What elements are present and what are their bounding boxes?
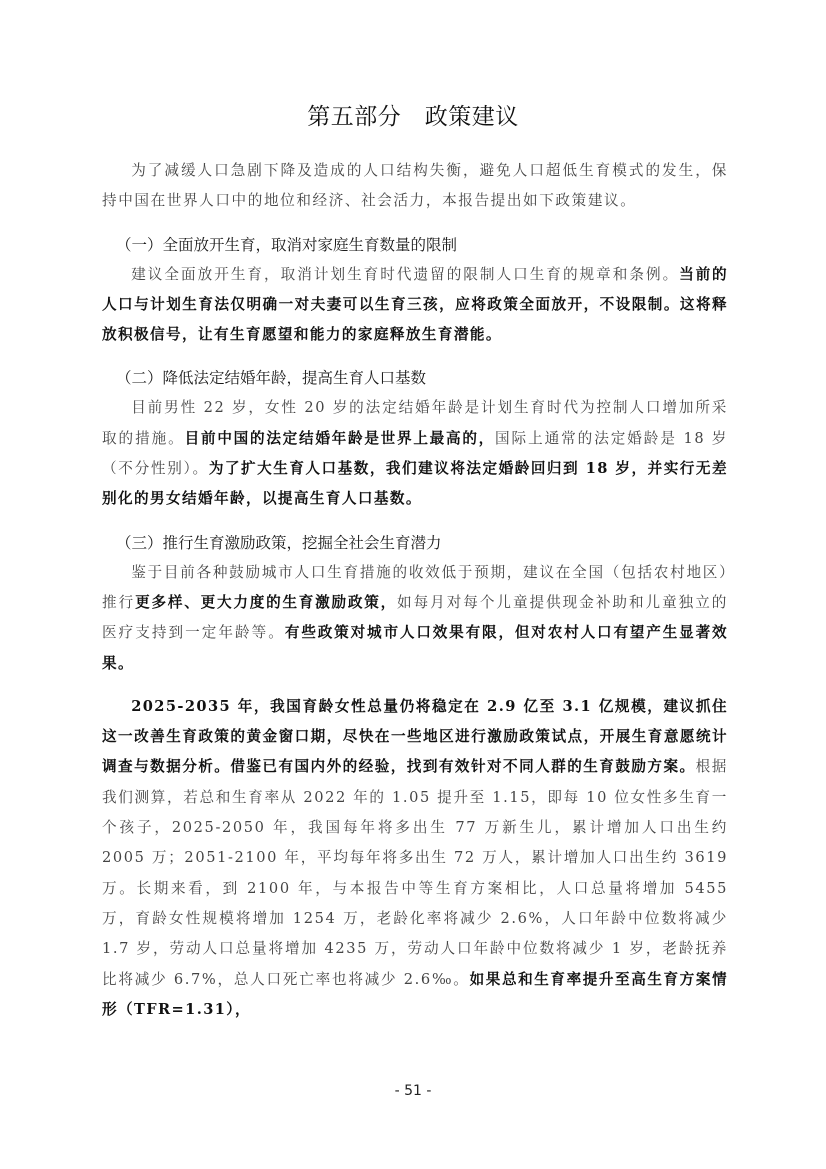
- emphasis-text: 更多样、更大力度的生育激励政策，: [135, 594, 397, 611]
- section-heading: （三）推行生育激励政策，挖掘全社会生育潜力: [102, 528, 728, 558]
- closing-paragraph: 2025-2035 年，我国育龄女性总量仍将稳定在 2.9 亿至 3.1 亿规模…: [102, 692, 728, 1025]
- section-2: （二）降低法定结婚年龄，提高生育人口基数 目前男性 22 岁，女性 20 岁的法…: [102, 363, 728, 514]
- document-body: 为了减缓人口急剧下降及造成的人口结构失衡，避免人口超低生育模式的发生，保持中国在…: [102, 156, 728, 1025]
- spacer: [102, 679, 728, 692]
- spacer: [102, 515, 728, 528]
- section-3: （三）推行生育激励政策，挖掘全社会生育潜力 鉴于目前各种鼓励城市人口生育措施的收…: [102, 528, 728, 679]
- body-text: 建议全面放开生育，取消计划生育时代遗留的限制人口生育的规章和条例。: [131, 266, 679, 283]
- section-heading: （二）降低法定结婚年龄，提高生育人口基数: [102, 363, 728, 393]
- document-page: 第五部分 政策建议 为了减缓人口急剧下降及造成的人口结构失衡，避免人口超低生育模…: [0, 0, 826, 1169]
- spacer: [102, 350, 728, 363]
- page-title: 第五部分 政策建议: [0, 98, 826, 131]
- emphasis-text: 目前中国的法定结婚年龄是世界上最高的，: [185, 430, 495, 447]
- page-number: - 51 -: [0, 1083, 826, 1099]
- section-heading: （一）全面放开生育，取消对家庭生育数量的限制: [102, 230, 728, 260]
- intro-paragraph: 为了减缓人口急剧下降及造成的人口结构失衡，避免人口超低生育模式的发生，保持中国在…: [102, 156, 728, 217]
- section-1: （一）全面放开生育，取消对家庭生育数量的限制 建议全面放开生育，取消计划生育时代…: [102, 230, 728, 351]
- body-text: 根据我们测算，若总和生育率从 2022 年的 1.05 提升至 1.15，即每 …: [102, 758, 728, 987]
- section-paragraph: 目前男性 22 岁，女性 20 岁的法定结婚年龄是计划生育时代为控制人口增加所采…: [102, 393, 728, 514]
- emphasis-text: 2025-2035 年，我国育龄女性总量仍将稳定在 2.9 亿至 3.1 亿规模…: [102, 698, 728, 776]
- spacer: [102, 217, 728, 230]
- section-paragraph: 鉴于目前各种鼓励城市人口生育措施的收效低于预期，建议在全国（包括农村地区）推行更…: [102, 558, 728, 679]
- section-paragraph: 建议全面放开生育，取消计划生育时代遗留的限制人口生育的规章和条例。当前的人口与计…: [102, 260, 728, 351]
